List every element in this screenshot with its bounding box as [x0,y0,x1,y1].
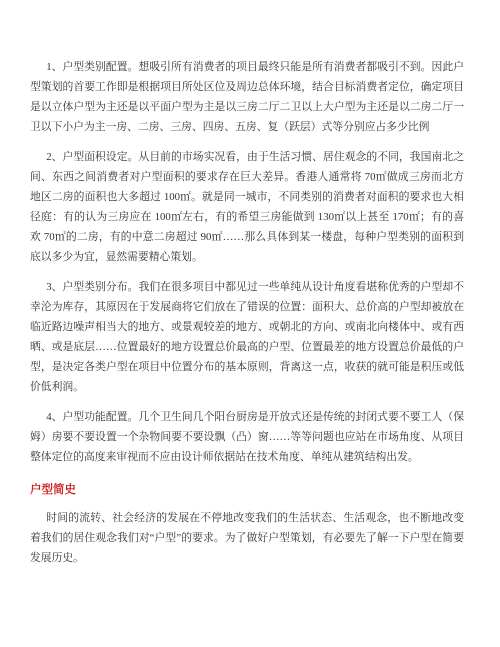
document-page: 1、户型类别配置。想吸引所有消费者的项目最终只能是所有消费者都吸引不到。因此户型… [0,0,500,647]
paragraph-household-type-function: 4、户型功能配置。几个卫生间几个阳台厨房是开放式还是传统的封闭式要不要工人（保姆… [30,407,464,467]
paragraph-household-type-distribution: 3、户型类别分布。我们在很多项目中都见过一些单纯从设计角度看堪称优秀的户型却不幸… [30,277,464,397]
paragraph-household-type-area: 2、户型面积设定。从目前的市场实况看，由于生活习惯、居住观念的不同，我国南北之间… [30,147,464,267]
paragraph-history-intro: 时间的流转、社会经济的发展在不停地改变我们的生活状态、生活观念，也不断地改变着我… [30,508,464,568]
paragraph-household-type-category: 1、户型类别配置。想吸引所有消费者的项目最终只能是所有消费者都吸引不到。因此户型… [30,57,464,137]
section-heading-household-type-history: 户型简史 [30,483,464,498]
